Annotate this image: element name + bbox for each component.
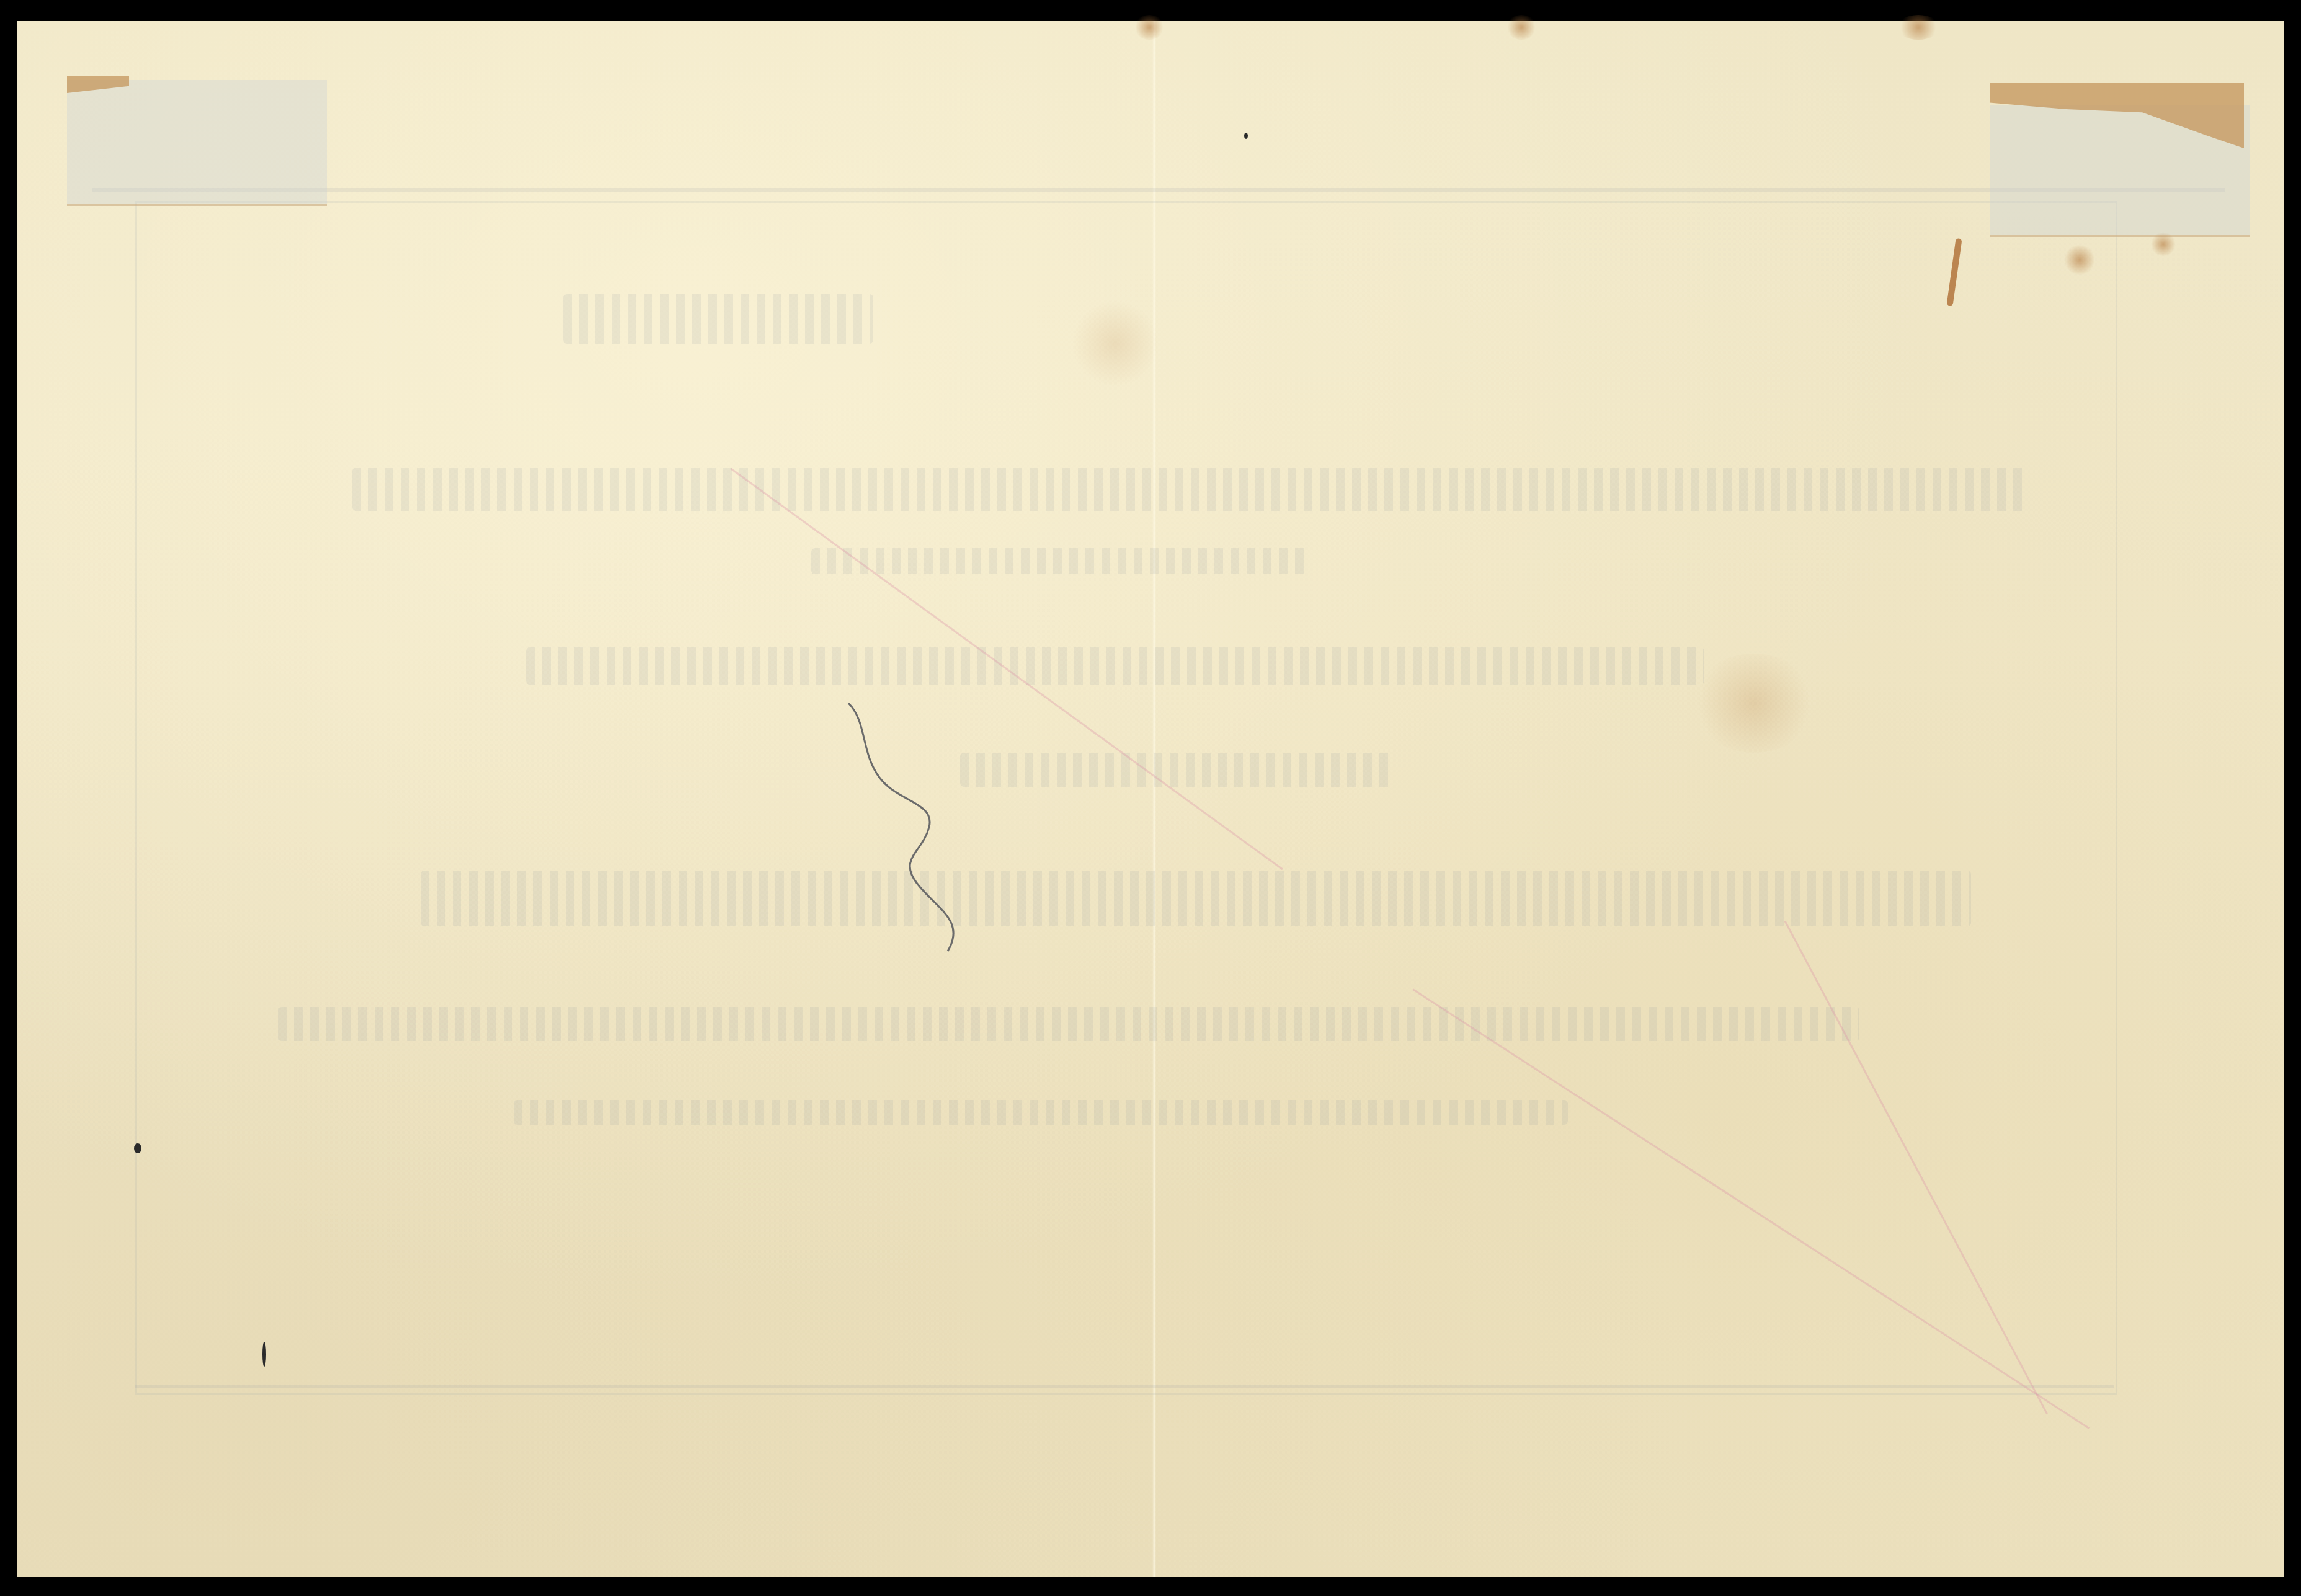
- rust-spot: [2064, 244, 2095, 275]
- ghost-top-rule: [92, 188, 2225, 192]
- rust-spot: [2151, 232, 2176, 257]
- tape-residue-left: [67, 80, 327, 206]
- ink-speck: [1244, 133, 1248, 139]
- rust-spot: [1506, 15, 1537, 40]
- ghost-text-line: [563, 294, 873, 344]
- ghost-text-line: [278, 1007, 1859, 1041]
- paper-sheet: [17, 21, 2284, 1577]
- ghost-text-line: [352, 468, 2027, 511]
- ghost-text-line: [811, 548, 1307, 574]
- ghost-bottom-rule: [135, 1385, 2114, 1388]
- hair-strand: [842, 697, 1004, 957]
- foxing-spot: [1072, 300, 1159, 387]
- ink-speck: [134, 1143, 141, 1153]
- rust-spot: [1134, 15, 1165, 40]
- foxing-spot: [1692, 654, 1816, 753]
- ghost-text-line: [514, 1100, 1568, 1125]
- ghost-text-line: [960, 753, 1394, 787]
- ghost-text-line: [421, 871, 1971, 926]
- rust-spot: [1897, 15, 1940, 40]
- ink-speck: [262, 1342, 266, 1367]
- ghost-text-line: [526, 647, 1704, 685]
